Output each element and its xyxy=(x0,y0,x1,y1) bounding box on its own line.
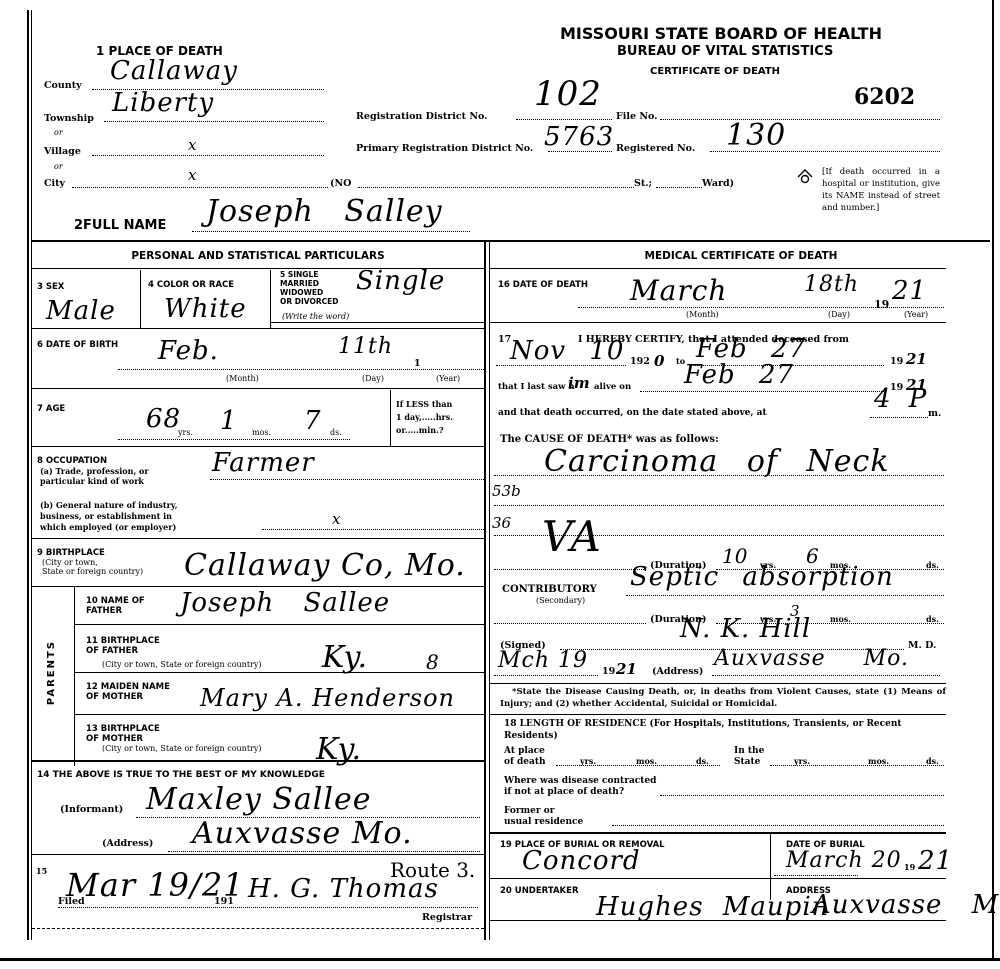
or-label-1: or xyxy=(54,128,63,137)
or-label-2: or xyxy=(54,162,63,171)
board-title: MISSOURI STATE BOARD OF HEALTH xyxy=(560,24,882,43)
contributory-field[interactable]: Septic absorption xyxy=(626,586,944,596)
medical-address-label: (Address) xyxy=(652,666,703,677)
right-border xyxy=(992,0,994,960)
village-value: x xyxy=(188,136,196,154)
city-field[interactable]: x xyxy=(72,172,328,188)
secondary-label: (Secondary) xyxy=(536,596,585,605)
occupation-b-field[interactable]: x xyxy=(262,516,484,530)
mother-birthplace-rule xyxy=(32,760,484,762)
burial-year-prefix: 19 xyxy=(904,862,915,872)
full-name-field[interactable]: Joseph Salley xyxy=(192,210,470,232)
dod-month-caption: (Month) xyxy=(686,310,719,319)
father-birthplace-mark: 8 xyxy=(426,650,439,674)
time-field[interactable]: 4 P xyxy=(870,408,928,418)
cause-code-mark: VA xyxy=(542,512,602,561)
dod-year-suffix: 21 xyxy=(892,276,927,306)
medical-heading: MEDICAL CERTIFICATE OF DEATH xyxy=(492,250,990,262)
registrar-route: Route 3. xyxy=(390,858,475,882)
dob-year-prefix: 1 xyxy=(414,358,421,369)
signed-rule xyxy=(490,683,946,684)
occupation-b-label: (b) General nature of industry, business… xyxy=(40,500,178,533)
county-label: County xyxy=(44,80,82,91)
signed-year-suffix: 21 xyxy=(616,660,637,678)
in-state-mos: mos. xyxy=(868,756,889,766)
dob-year-caption: (Year) xyxy=(436,374,460,383)
registered-no-field[interactable]: 130 xyxy=(710,130,940,152)
street-field[interactable] xyxy=(358,176,634,188)
mother-value[interactable]: Mary A. Henderson xyxy=(200,684,455,712)
registered-no-value: 130 xyxy=(726,118,786,153)
dod-month: March xyxy=(630,274,727,307)
ward-field[interactable] xyxy=(656,176,702,188)
sex-race-divider xyxy=(140,270,141,328)
age-label: 7 AGE xyxy=(37,404,65,414)
attend-from-field[interactable]: Nov 10 xyxy=(496,354,626,366)
race-label: 4 COLOR OR RACE xyxy=(148,280,234,290)
filed-field[interactable]: Mar 19/21 191 H. G. Thomas Route 3. xyxy=(58,896,478,908)
age-rule xyxy=(32,446,484,447)
former-residence-field[interactable] xyxy=(612,816,944,826)
attend-from-year-prefix: 192 xyxy=(630,356,650,367)
cause-footnote: *State the Disease Causing Death, or, in… xyxy=(500,686,946,710)
dod-day: 18th xyxy=(804,272,859,297)
age-ds-unit: ds. xyxy=(330,428,342,437)
sex-label: 3 SEX xyxy=(37,282,64,292)
ward-label: Ward) xyxy=(702,178,734,189)
primary-district-field[interactable]: 5763 xyxy=(548,130,612,152)
father-birthplace-rule xyxy=(74,672,484,673)
dob-day-caption: (Day) xyxy=(362,374,384,383)
undertaker-value[interactable]: Hughes Maupin xyxy=(596,892,829,922)
contracted-label: Where was disease contracted if not at p… xyxy=(504,776,656,798)
township-label: Township xyxy=(44,113,94,124)
township-value: Liberty xyxy=(112,88,214,118)
informant-address-label: (Address) xyxy=(102,838,153,849)
in-state-field[interactable]: yrs. mos. ds. xyxy=(770,756,944,766)
occupation-a-label: (a) Trade, profession, or particular kin… xyxy=(40,466,149,486)
pointing-hand-icon xyxy=(796,168,814,186)
cause-value: Carcinoma of Neck xyxy=(544,444,890,479)
cause-field-2[interactable] xyxy=(494,496,944,506)
burial-rule xyxy=(490,878,946,879)
informant-rule xyxy=(32,854,484,855)
informant-heading: 14 THE ABOVE IS TRUE TO THE BEST OF MY K… xyxy=(37,770,325,780)
left-border xyxy=(27,10,29,940)
time-value: 4 P xyxy=(874,384,927,414)
township-field[interactable]: Liberty xyxy=(104,100,324,122)
in-state-yrs: yrs. xyxy=(794,756,810,766)
street-st-label: St.; xyxy=(634,178,652,189)
village-field[interactable]: x xyxy=(92,138,324,156)
former-residence-label: Former or usual residence xyxy=(504,806,583,828)
hospital-note: [If death occurred in a hospital or inst… xyxy=(822,166,940,214)
birthplace-sub: (City or town, State or foreign country) xyxy=(42,558,143,576)
age-months: 1 xyxy=(220,406,238,436)
registration-district-field[interactable]: 102 xyxy=(516,96,612,120)
attend-from-value: Nov 10 xyxy=(510,336,624,366)
father-label: 10 NAME OF FATHER xyxy=(86,596,145,616)
mother-birthplace-label: 13 BIRTHPLACE OF MOTHER xyxy=(86,724,160,744)
occupation-rule xyxy=(32,538,484,539)
dod-day-caption: (Day) xyxy=(828,310,850,319)
filed-year-prefix: 191 xyxy=(214,896,234,907)
dob-month-caption: (Month) xyxy=(226,374,259,383)
dob-field[interactable]: Feb. 11th 1 xyxy=(118,352,484,370)
at-place-field[interactable]: yrs. mos. ds. xyxy=(556,756,720,766)
father-birthplace-sub: (City or town, State or foreign country) xyxy=(102,660,262,669)
age-mos-unit: mos. xyxy=(252,428,271,437)
bureau-title: BUREAU OF VITAL STATISTICS xyxy=(617,44,833,59)
undertaker-address-value[interactable]: Auxvasse Mo. xyxy=(812,890,1000,920)
cause-code-2: 36 xyxy=(492,514,511,532)
occupation-label: 8 OCCUPATION xyxy=(37,456,107,466)
signed-year-prefix: 19 xyxy=(602,666,615,677)
registration-district-value: 102 xyxy=(534,74,602,114)
section-top-rule xyxy=(32,240,990,242)
marital-note: (Write the word) xyxy=(282,312,349,321)
dob-month: Feb. xyxy=(158,336,219,366)
at-place-ds: ds. xyxy=(696,756,709,766)
county-value: Callaway xyxy=(110,56,238,86)
duration1-ds-unit: ds. xyxy=(926,560,939,570)
county-field[interactable]: Callaway xyxy=(92,68,324,90)
dod-year-prefix: 19 xyxy=(874,298,889,311)
burial-year-suffix: 21 xyxy=(918,846,953,876)
father-value[interactable]: Joseph Sallee xyxy=(180,588,390,618)
filed-rule xyxy=(32,928,484,929)
file-no-value: 6202 xyxy=(854,84,915,110)
full-name-label: 2FULL NAME xyxy=(74,218,166,233)
at-place-yrs: yrs. xyxy=(580,756,596,766)
marital-underline xyxy=(270,322,484,323)
file-no-field[interactable]: 6202 xyxy=(660,96,940,120)
duration2-leader xyxy=(494,614,646,624)
age-yrs-unit: yrs. xyxy=(178,428,193,437)
marital-label: 5 SINGLE MARRIED WIDOWED OR DIVORCED xyxy=(280,270,338,306)
in-state-ds: ds. xyxy=(926,756,939,766)
residence-rule xyxy=(490,832,946,834)
village-label: Village xyxy=(44,146,81,157)
informant-address-field[interactable]: Auxvasse Mo. xyxy=(168,838,480,852)
duration2-ds-unit: ds. xyxy=(926,614,939,624)
primary-district-value: 5763 xyxy=(544,122,614,152)
in-state-label: In the State xyxy=(734,746,764,768)
cause-code-1: 53b xyxy=(492,482,521,500)
residence-label: 18 LENGTH OF RESIDENCE (For Hospitals, I… xyxy=(504,718,944,742)
marital-value[interactable]: Single xyxy=(356,266,445,296)
signed-date-field[interactable]: Mch 19 xyxy=(494,666,598,676)
burial-divider xyxy=(770,834,771,900)
occupation-b-value: x xyxy=(332,510,340,528)
registered-no-label: Registered No. xyxy=(616,143,695,154)
attend-to-year-suffix: 21 xyxy=(906,350,927,368)
medical-address-field[interactable]: Auxvasse Mo. xyxy=(712,666,940,676)
last-saw-prefix: that I last saw h xyxy=(498,382,575,392)
dob-rule xyxy=(32,388,484,389)
birthplace-rule xyxy=(32,586,484,587)
sex-value[interactable]: Male xyxy=(46,296,116,326)
file-no-label: File No. xyxy=(616,111,657,122)
mother-rule xyxy=(74,714,484,715)
last-saw-suffix: alive on xyxy=(594,382,631,392)
race-value[interactable]: White xyxy=(164,294,247,324)
informant-address-value: Auxvasse Mo. xyxy=(192,816,413,851)
personal-heading: PERSONAL AND STATISTICAL PARTICULARS xyxy=(32,250,484,262)
duration2-mos-unit: mos. xyxy=(830,614,851,624)
last-saw-date: Feb 27 xyxy=(684,360,794,390)
dod-rule xyxy=(490,322,946,323)
burial-date-field[interactable]: March 20 xyxy=(774,866,858,876)
certificate-title: CERTIFICATE OF DEATH xyxy=(650,66,780,77)
full-name-value: Joseph Salley xyxy=(206,194,443,229)
age-field[interactable]: 68 yrs. 1 mos. 7 ds. xyxy=(118,424,350,440)
undertaker-rule xyxy=(490,920,946,921)
occupation-a-value: Farmer xyxy=(212,448,315,478)
center-divider xyxy=(484,240,486,940)
contracted-field[interactable] xyxy=(660,786,944,796)
undertaker-label: 20 UNDERTAKER xyxy=(500,886,578,896)
last-saw-field[interactable]: Feb 27 xyxy=(640,382,886,392)
burial-date-value: March 20 xyxy=(786,848,902,873)
age-less-divider xyxy=(390,390,391,446)
city-label: City xyxy=(44,178,65,189)
dob-day: 11th xyxy=(338,334,393,359)
attend-from-year-suffix: 0 xyxy=(654,352,664,370)
age-years: 68 xyxy=(146,404,181,434)
filed-number: 15 xyxy=(36,866,47,876)
father-birthplace-value[interactable]: Ky. xyxy=(322,640,368,675)
age-days: 7 xyxy=(304,406,322,436)
informant-value: Maxley Sallee xyxy=(146,782,372,817)
father-rule xyxy=(74,624,484,625)
primary-district-label: Primary Registration District No. xyxy=(356,143,533,154)
md-label: M. D. xyxy=(908,640,936,651)
less-than-note: If LESS than 1 day,.....hrs. or.....min.… xyxy=(396,398,453,437)
footnote-rule xyxy=(490,714,946,715)
signed-date-value: Mch 19 xyxy=(498,648,588,673)
parents-label: PARENTS xyxy=(46,640,57,705)
cause-field[interactable]: Carcinoma of Neck xyxy=(494,462,944,476)
bottom-border xyxy=(0,958,1000,961)
registrar-label: Registrar xyxy=(422,912,472,923)
contributory-value: Septic absorption xyxy=(630,562,894,592)
dod-field[interactable]: March 18th 19 21 xyxy=(578,296,944,308)
street-no-label: (NO xyxy=(330,178,351,189)
at-place-label: At place of death xyxy=(504,746,546,768)
contributory-label: CONTRIBUTORY xyxy=(502,584,597,595)
father-birthplace-label: 11 BIRTHPLACE OF FATHER xyxy=(86,636,160,656)
city-value: x xyxy=(188,166,196,184)
burial-value[interactable]: Concord xyxy=(522,846,641,876)
medical-address-value: Auxvasse Mo. xyxy=(714,646,909,671)
death-certificate: MISSOURI STATE BOARD OF HEALTH BUREAU OF… xyxy=(0,0,1000,969)
dod-year-caption: (Year) xyxy=(904,310,928,319)
marital-rule xyxy=(32,328,484,329)
mother-label: 12 MAIDEN NAME OF MOTHER xyxy=(86,682,170,702)
birthplace-value[interactable]: Callaway Co, Mo. xyxy=(184,548,466,583)
time-suffix: m. xyxy=(928,408,941,419)
attend-to-year-prefix: 19 xyxy=(890,356,903,367)
signed-value: N. K. Hill xyxy=(680,614,811,644)
parents-divider xyxy=(74,586,75,766)
duration1-leader xyxy=(494,560,646,570)
occupation-a-field[interactable]: Farmer xyxy=(210,466,484,480)
mother-birthplace-sub: (City or town, State or foreign country) xyxy=(102,744,262,753)
medical-heading-rule xyxy=(490,268,946,269)
occurred-text: and that death occurred, on the date sta… xyxy=(498,408,767,418)
race-marital-divider xyxy=(270,270,271,328)
dob-label: 6 DATE OF BIRTH xyxy=(37,340,118,350)
at-place-mos: mos. xyxy=(636,756,657,766)
registration-district-label: Registration District No. xyxy=(356,111,487,122)
last-saw-pronoun[interactable]: im xyxy=(568,374,590,392)
left-border-inner xyxy=(31,10,32,940)
birthplace-label: 9 BIRTHPLACE xyxy=(37,548,105,558)
informant-label: (Informant) xyxy=(60,804,123,815)
center-divider-inner xyxy=(489,240,490,940)
dod-label: 16 DATE OF DEATH xyxy=(498,280,588,290)
